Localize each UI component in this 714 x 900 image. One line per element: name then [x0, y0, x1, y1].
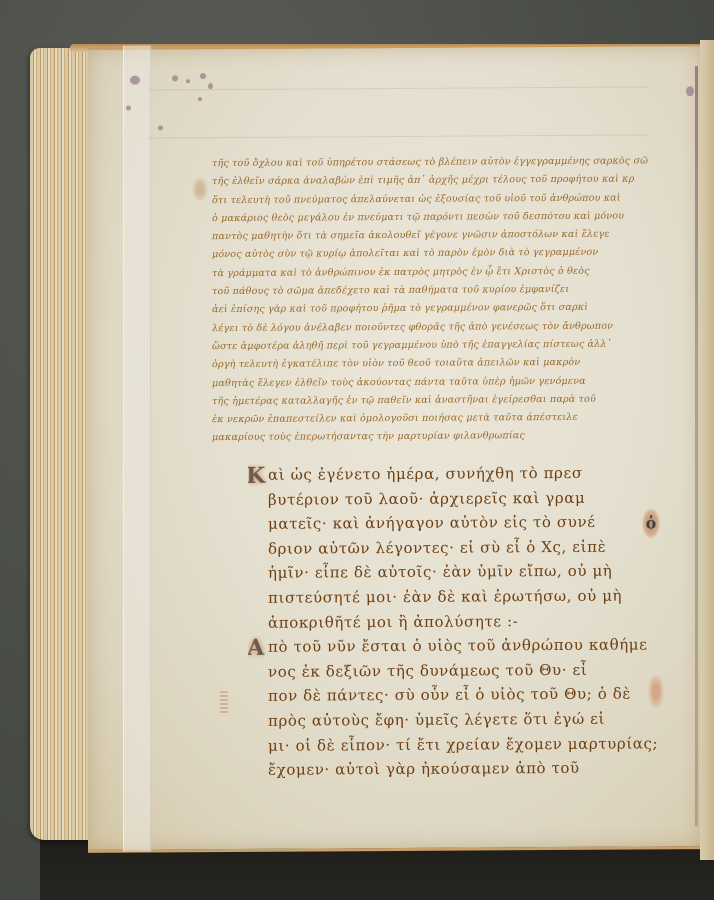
main-text-line: νος ἐκ δεξιῶν τῆς δυνάμεως τοῦ Θυ· εἶ [248, 657, 668, 684]
main-text-line: πρὸς αὐτοὺς ἔφη· ὑμεῖς λέγετε ὅτι ἐγώ εἰ [248, 706, 668, 733]
main-text-line: μι· οἱ δὲ εἶπον· τί ἔτι χρείαν ἔχομεν μα… [248, 731, 668, 758]
main-text-line: Α πὸ τοῦ νῦν ἔσται ὁ υἱὸς τοῦ ἀνθρώπου κ… [248, 632, 668, 659]
left-margin-blot [192, 177, 208, 201]
main-text-line: Κ αὶ ὡς ἐγένετο ἡμέρα, συνήχθη τὸ πρεσ [248, 460, 668, 487]
main-text-line: πιστεύσητέ μοι· ἐὰν δὲ καὶ ἐρωτήσω, οὐ μ… [248, 583, 668, 610]
commentary-block: τῆς τοῦ ὄχλου καὶ τοῦ ὑπηρέτου στάσεως τ… [212, 152, 662, 447]
gutter-edge [695, 66, 698, 826]
main-text-line: δριον αὐτῶν λέγοντες· εἰ σὺ εἶ ὁ Χς, εἰπ… [248, 534, 668, 561]
main-text-line: πον δὲ πάντες· σὺ οὖν εἶ ὁ υἱὸς τοῦ Θυ; … [248, 682, 668, 709]
decorated-initial-k: Κ [248, 464, 266, 488]
stain [198, 97, 202, 101]
main-text-line: ἔχομεν· αὐτοὶ γὰρ ἠκούσαμεν ἀπὸ τοῦ [248, 755, 668, 782]
decorated-initial-a: Α [248, 636, 266, 660]
left-margin-notation [220, 691, 228, 715]
stain [126, 106, 131, 111]
main-text-line: ἡμῖν· εἶπε δὲ αὐτοῖς· ἐὰν ὑμῖν εἴπω, οὐ … [248, 559, 668, 586]
stain [186, 79, 190, 83]
main-line-text: πὸ τοῦ νῦν ἔσται ὁ υἱὸς τοῦ ἀνθρώπου καθ… [268, 636, 648, 656]
main-line-text: αὶ ὡς ἐγένετο ἡμέρα, συνήχθη τὸ πρεσ [268, 464, 583, 484]
commentary-line: τῆς ἡμετέρας καταλλαγῆς ἐν τῷ παθεῖν καὶ… [212, 390, 662, 411]
stain [200, 73, 206, 79]
commentary-line: ὥστε ἀμφοτέρα ἀληθῆ περὶ τοῦ γεγραμμένου… [212, 335, 662, 356]
page-stack-fore-edge [30, 48, 94, 840]
stain [686, 86, 694, 96]
facing-leaf-edge [700, 40, 714, 860]
main-text-line: βυτέριον τοῦ λαοῦ· ἀρχιερεῖς καὶ γραμ [248, 485, 668, 512]
stain [130, 76, 140, 85]
stain [158, 125, 163, 130]
main-text-line: ἀποκριθῆτέ μοι ἢ ἀπολύσητε :- [248, 608, 668, 635]
stain [172, 75, 178, 81]
commentary-line: τῆς ἐλθεῖν σάρκα ἀναλαβὼν ἐπὶ τιμῆς ἀπ᾽ … [212, 171, 662, 192]
manuscript-folio: τῆς τοῦ ὄχλου καὶ τοῦ ὑπηρέτου στάσεως τ… [88, 44, 700, 853]
repair-tape-strip [123, 45, 151, 851]
ruling-line [148, 134, 648, 138]
right-margin-seal [648, 674, 664, 708]
commentary-line: μόνος αὐτὸς σὺν τῷ κυρίῳ ἀπολεῖται καὶ τ… [212, 244, 662, 265]
ruling-line [148, 86, 648, 90]
main-text-block: Κ αὶ ὡς ἐγένετο ἡμέρα, συνήχθη τὸ πρεσ β… [248, 460, 668, 782]
main-text-line: ματεῖς· καὶ ἀνήγαγον αὐτὸν εἰς τὸ συνέ [248, 510, 668, 537]
commentary-line: μακαρίους τοὺς ἐπερωτήσαντας τὴν μαρτυρί… [212, 427, 662, 448]
right-margin-mark: ὁ [642, 508, 660, 538]
